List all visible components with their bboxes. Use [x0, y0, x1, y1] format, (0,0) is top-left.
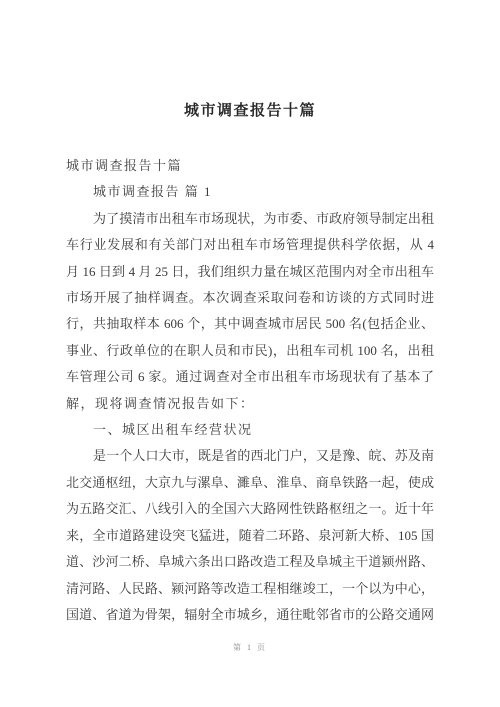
- document-line: 是一个人口大市，既是省的西北门户，又是豫、皖、苏及南: [66, 443, 434, 469]
- document-line: 一、城区出租车经营状况: [66, 417, 434, 443]
- document-line: 来，全市道路建设突飞猛进，随着二环路、泉河新大桥、105 国: [66, 523, 434, 549]
- document-line: 行，共抽取样本 606 个，其中调查城市居民 500 名(包括企业、: [66, 311, 434, 337]
- document-line: 为了摸清市出租车市场现状，为市委、市政府领导制定出租: [66, 206, 434, 232]
- document-body: 城市调查报告十篇 城市调查报告 篇 1 为了摸清市出租车市场现状，为市委、市政府…: [66, 153, 434, 628]
- document-line: 车管理公司 6 家。通过调查对全市出租车市场现状有了基本了: [66, 364, 434, 390]
- document-line: 清河路、人民路、颍河路等改造工程相继竣工，一个以为中心，: [66, 576, 434, 602]
- document-page: 城市调查报告十篇 城市调查报告十篇 城市调查报告 篇 1 为了摸清市出租车市场现…: [0, 0, 500, 707]
- document-line: 国道、省道为骨架，辐射全市城乡，通往毗邻省市的公路交通网: [66, 602, 434, 628]
- document-line: 月 16 日到 4 月 25 日，我们组织力量在城区范围内对全市出租车: [66, 259, 434, 285]
- page-number: 第 1 页: [0, 642, 500, 653]
- document-line: 为五路交汇、八线引入的全国六大路网性铁路枢纽之一。近十年: [66, 496, 434, 522]
- document-line: 车行业发展和有关部门对出租车市场管理提供科学依据，从 4: [66, 232, 434, 258]
- document-title: 城市调查报告十篇: [0, 99, 500, 120]
- document-line: 北交通枢纽，大京九与漯阜、濉阜、淮阜、商阜铁路一起，使成: [66, 470, 434, 496]
- document-line: 城市调查报告十篇: [66, 153, 434, 179]
- document-line: 城市调查报告 篇 1: [66, 179, 434, 205]
- document-line: 道、沙河二桥、阜城六条出口路改造工程及阜城主干道颍州路、: [66, 549, 434, 575]
- document-line: 事业、行政单位的在职人员和市民)，出租车司机 100 名，出租: [66, 338, 434, 364]
- document-line: 解，现将调查情况报告如下：: [66, 391, 434, 417]
- document-line: 市场开展了抽样调查。本次调查采取问卷和访谈的方式同时进: [66, 285, 434, 311]
